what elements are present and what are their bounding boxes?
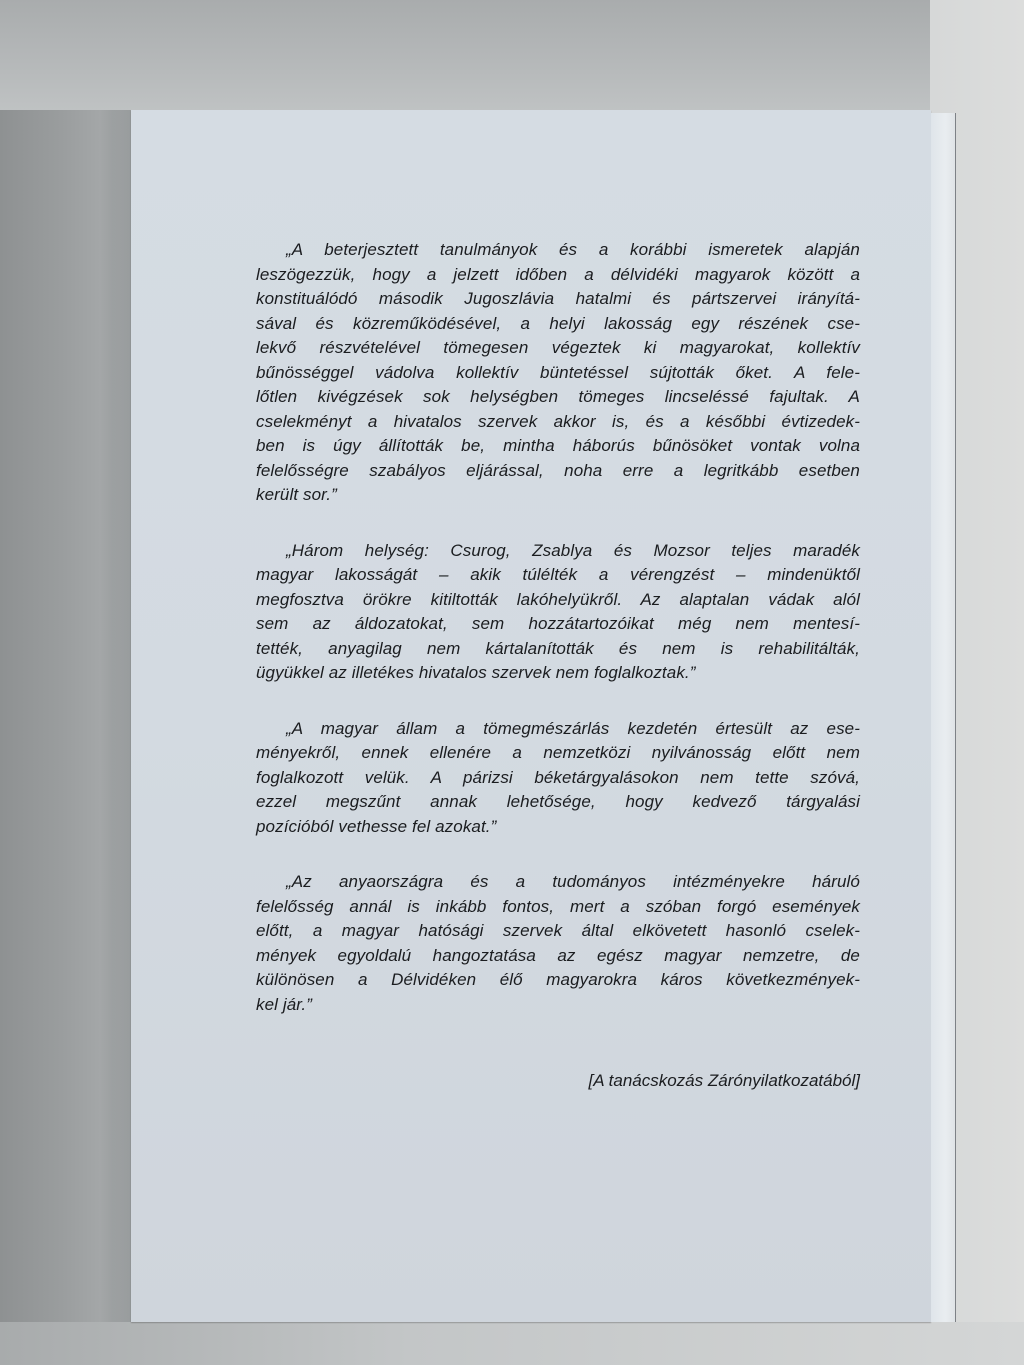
text-line: kel jár.” (256, 993, 860, 1018)
text-line: tették, anyagilag nem kártalanították és… (256, 637, 860, 662)
quote-text-block: „A beterjesztett tanulmányok és a korább… (256, 238, 860, 1048)
background-top (0, 0, 1024, 110)
source-attribution: [A tanácskozás Zárónyilatkozatából] (540, 1069, 860, 1093)
text-line: lőtlen kivégzések sok helységben tömeges… (256, 385, 860, 410)
text-line: leszögezzük, hogy a jelzett időben a dél… (256, 263, 860, 288)
text-line: konstituálódó második Jugoszlávia hatalm… (256, 287, 860, 312)
quote-paragraph-1: „A beterjesztett tanulmányok és a korább… (256, 238, 860, 508)
text-line: sával és közreműködésével, a helyi lakos… (256, 312, 860, 337)
text-line: sem az áldozatokat, sem hozzátartozóikat… (256, 612, 860, 637)
text-line: „Három helység: Csurog, Zsablya és Mozso… (256, 539, 860, 564)
quote-paragraph-2: „Három helység: Csurog, Zsablya és Mozso… (256, 539, 860, 686)
text-line: ben is úgy állították be, mintha háborús… (256, 434, 860, 459)
book-shadow (100, 110, 132, 1322)
text-line: „Az anyaországra és a tudományos intézmé… (256, 870, 860, 895)
quote-paragraph-3: „A magyar állam a tömegmészárlás kezdeté… (256, 717, 860, 840)
text-line: magyar lakosságát – akik túlélték a vére… (256, 563, 860, 588)
text-line: pozícióból vethesse fel azokat.” (256, 815, 860, 840)
text-line: bűnösséggel vádolva kollektív büntetésse… (256, 361, 860, 386)
text-line: lekvő részvételével tömegesen végeztek k… (256, 336, 860, 361)
text-line: felelősségre szabályos eljárással, noha … (256, 459, 860, 484)
text-line: „A magyar állam a tömegmészárlás kezdeté… (256, 717, 860, 742)
text-line: mények egyoldalú hangoztatása az egész m… (256, 944, 860, 969)
text-line: ügyükkel az illetékes hivatalos szervek … (256, 661, 860, 686)
text-line: cselekményt a hivatalos szervek akkor is… (256, 410, 860, 435)
quote-paragraph-4: „Az anyaországra és a tudományos intézmé… (256, 870, 860, 1017)
background-bottom (0, 1322, 1024, 1365)
text-line: különösen a Délvidéken élő magyarokra ká… (256, 968, 860, 993)
text-line: került sor.” (256, 483, 860, 508)
text-line: ményekről, ennek ellenére a nemzetközi n… (256, 741, 860, 766)
text-line: „A beterjesztett tanulmányok és a korább… (256, 238, 860, 263)
text-line: felelősség annál is inkább fontos, mert … (256, 895, 860, 920)
book-spine-edge (931, 113, 956, 1322)
text-line: előtt, a magyar hatósági szervek által e… (256, 919, 860, 944)
text-line: ezzel megszűnt annak lehetősége, hogy ke… (256, 790, 860, 815)
text-line: foglalkozott velük. A párizsi béketárgya… (256, 766, 860, 791)
text-line: megfosztva örökre kitiltották lakóhelyük… (256, 588, 860, 613)
